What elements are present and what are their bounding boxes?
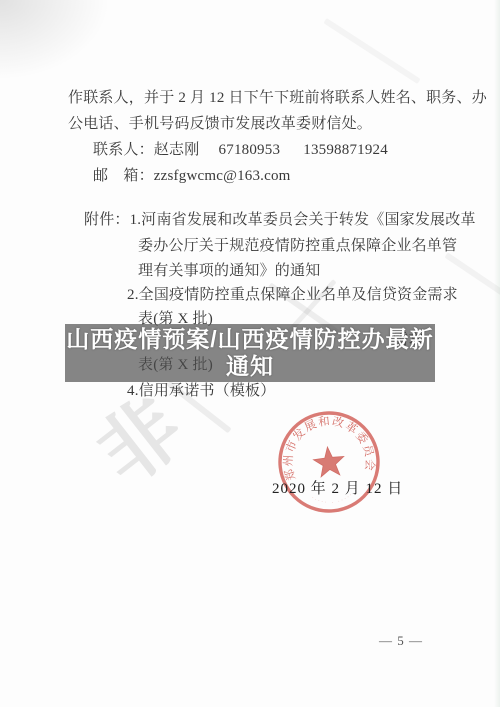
attachment-line-8: 4.信用承诺书（模板） xyxy=(127,383,275,400)
attachment-line-3: 理有关事项的通知》的通知 xyxy=(138,263,320,280)
scan-corner-smudge xyxy=(0,0,110,80)
attachment-line-4: 2.全国疫情防控重点保障企业名单及信贷资金需求 xyxy=(127,287,458,304)
banner-title-line-2: 通知 xyxy=(226,353,274,380)
attachment-line-2: 委办公厅关于规范疫情防控重点保障企业名单管 xyxy=(138,238,457,255)
scan-edge-strip xyxy=(494,0,500,707)
seal-star-icon xyxy=(312,445,345,477)
document-date: 2020 年 2 月 12 日 xyxy=(272,477,403,498)
body-line-2: 公电话、手机号码反馈市发展改革委财信处。 xyxy=(68,116,372,133)
official-seal: 郑州市发展和改革委员会 ..... . ..... xyxy=(267,398,391,525)
watermark-stroke xyxy=(323,18,420,84)
seal-graphic: 郑州市发展和改革委员会 ..... . ..... xyxy=(267,398,391,525)
overlay-banner: 山西疫情预案/山西疫情防控办最新 通知 xyxy=(65,324,435,382)
email-line: 邮 箱：zzsfgwcmc@163.com xyxy=(93,168,291,185)
attachment-line-1: 附件：1.河南省发展和改革委员会关于转发《国家发展改革 xyxy=(84,212,476,229)
contact-line: 联系人：赵志刚 67180953 13598871924 xyxy=(93,142,388,159)
scanned-document-page: 非 作联系人，并于 2 月 12 日下午下班前将联系人姓名、职务、办 公电话、手… xyxy=(0,0,500,707)
banner-title-line-1: 山西疫情预案/山西疫情防控办最新 xyxy=(66,326,433,353)
body-line-1: 作联系人，并于 2 月 12 日下午下班前将联系人姓名、职务、办 xyxy=(68,90,487,107)
page-number: — 5 — xyxy=(379,633,423,649)
